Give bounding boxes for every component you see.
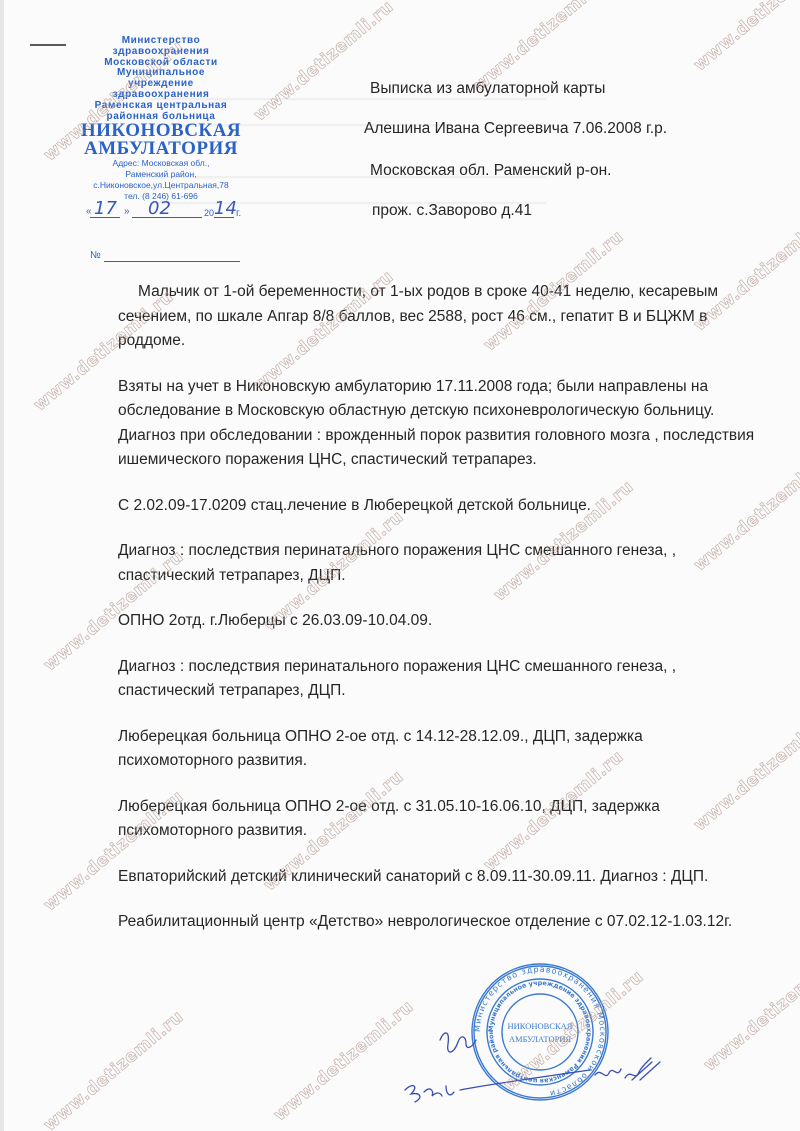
stamp-org-line: Раменская центральная [72,101,250,112]
paragraph-sanatorium: Евпаторийский детский клинический санато… [118,865,758,890]
date-year-prefix: 20 [204,208,214,218]
signature-label: Зав амбулаторией [400,1020,409,1021]
paragraph-treatment: Люберецкая больница ОПНО 2-ое отд. с 14.… [118,725,758,774]
paragraph-treatment: С 2.02.09-17.0209 стац.лечение в Люберец… [118,494,758,519]
stamp-date: « 17 » 02 20 14 г. [86,200,246,222]
date-day: 17 [94,198,117,219]
document-number-field: № [90,250,240,264]
paragraph-birth: Мальчик от 1-ой беременности, от 1-ых ро… [118,280,758,354]
stamp-address-line: Адрес: Московская обл., [72,158,250,169]
watermark-text: www.detizemli.ru [700,947,800,1075]
date-year: 14 [214,198,237,219]
patient-region: Московская обл. Раменский р-он. [370,162,611,180]
margin-mark [30,44,66,46]
date-suffix: г. [236,208,241,219]
number-label: № [90,250,101,261]
institution-stamp: Министерство здравоохранения Московской … [72,36,250,202]
patient-name: Алешина Ивана Сергеевича 7.06.2008 г.р. [364,120,667,138]
date-month: 02 [148,198,171,219]
paragraph-rehabilitation: Реабилитационный центр «Детство» невроло… [118,910,758,935]
paragraph-treatment: ОПНО 2отд. г.Люберцы с 26.03.09-10.04.09… [118,609,758,634]
stamp-name-line2: АМБУЛАТОРИЯ [72,140,250,158]
paragraph-treatment: Люберецкая больница ОПНО 2-ое отд. с 31.… [118,795,758,844]
document-title: Выписка из амбулаторной карты [370,80,605,98]
stamp-address-line: Раменский район, [72,169,250,180]
page-edge [0,0,4,1131]
paragraph-diagnosis: Диагноз : последствия перинатального пор… [118,655,758,704]
paragraph-diagnosis: Диагноз : последствия перинатального пор… [118,539,758,588]
handwritten-signature: Зав амбулаторией [400,1020,700,1110]
stamp-address-line: с.Никоновское,ул.Центральная,78 [72,180,250,191]
patient-residence: прож. с.Заворово д.41 [372,202,532,220]
watermark-text: www.detizemli.ru [270,997,418,1125]
document-body: Мальчик от 1-ой беременности, от 1-ых ро… [118,280,758,956]
watermark-text: www.detizemli.ru [40,1007,188,1131]
paragraph-registration: Взяты на учет в Никоновскую амбулаторию … [118,375,758,473]
stamp-org-line: здравоохранения [72,47,250,58]
